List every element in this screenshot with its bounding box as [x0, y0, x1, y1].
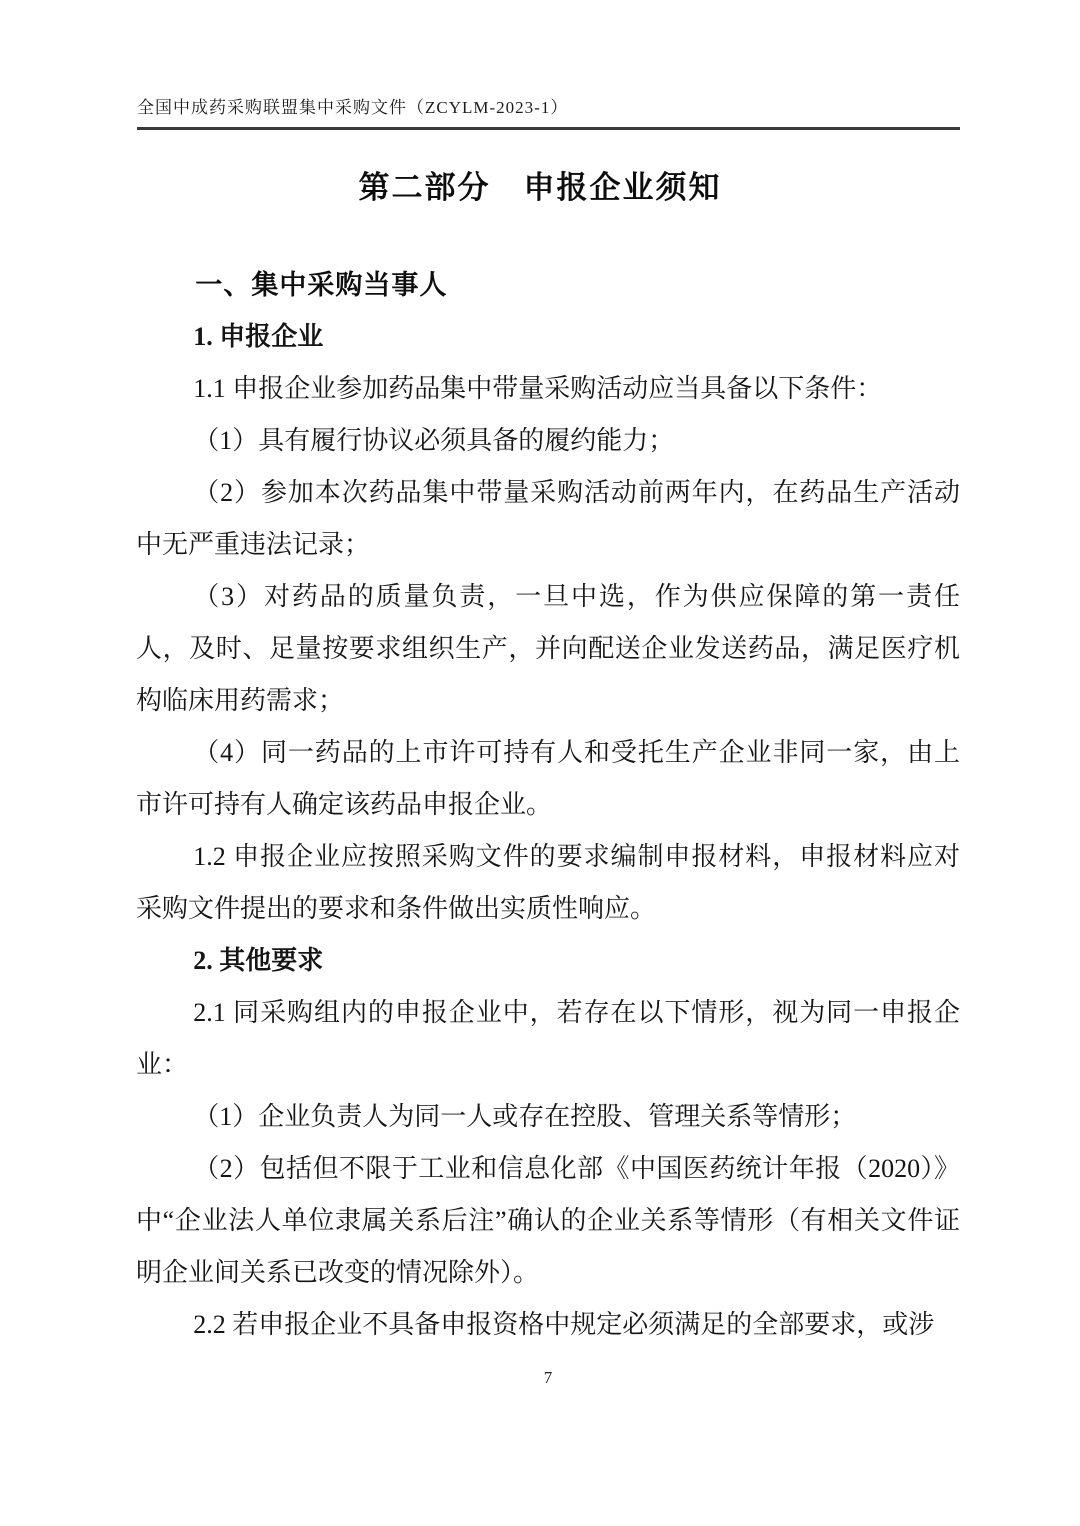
header-divider — [137, 127, 960, 130]
paragraph-2-1: 2.1 同采购组内的申报企业中，若存在以下情形，视为同一申报企业： — [136, 987, 960, 1091]
paragraph-1-1: 1.1 申报企业参加药品集中带量采购活动应当具备以下条件： — [136, 363, 960, 415]
paragraph-1-1-item-2: （2）参加本次药品集中带量采购活动前两年内，在药品生产活动中无严重违法记录； — [136, 467, 960, 571]
subheading-other-requirements: 2. 其他要求 — [136, 935, 960, 987]
paragraph-1-2: 1.2 申报企业应按照采购文件的要求编制申报材料，申报材料应对采购文件提出的要求… — [136, 831, 960, 935]
paragraph-2-1-item-1: （1）企业负责人为同一人或存在控股、管理关系等情形； — [136, 1091, 960, 1143]
section-heading: 一、集中采购当事人 — [136, 259, 960, 311]
paragraph-2-2: 2.2 若申报企业不具备申报资格中规定必须满足的全部要求，或涉 — [136, 1299, 960, 1351]
paragraph-1-1-item-1: （1）具有履行协议必须具备的履约能力； — [136, 415, 960, 467]
subheading-declaring-enterprise: 1. 申报企业 — [136, 311, 960, 363]
document-page: 全国中成药采购联盟集中采购文件（ZCYLM-2023-1） 第二部分 申报企业须… — [0, 0, 1080, 1526]
paragraph-2-1-item-2: （2）包括但不限于工业和信息化部《中国医药统计年报（2020）》中“企业法人单位… — [136, 1143, 960, 1299]
paragraph-1-1-item-3: （3）对药品的质量负责，一旦中选，作为供应保障的第一责任人，及时、足量按要求组织… — [136, 571, 960, 727]
page-number: 7 — [136, 1368, 960, 1388]
paragraph-1-1-item-4: （4）同一药品的上市许可持有人和受托生产企业非同一家，由上市许可持有人确定该药品… — [136, 727, 960, 831]
document-body: 一、集中采购当事人 1. 申报企业 1.1 申报企业参加药品集中带量采购活动应当… — [136, 259, 960, 1351]
page-header-text: 全国中成药采购联盟集中采购文件（ZCYLM-2023-1） — [137, 93, 568, 118]
document-title: 第二部分 申报企业须知 — [128, 162, 952, 207]
